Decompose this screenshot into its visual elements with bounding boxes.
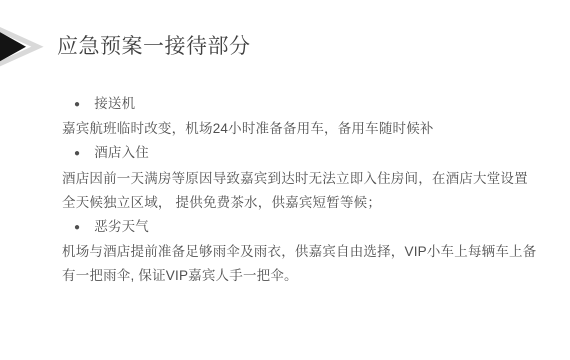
body-line: 全天候独立区域， 提供免费茶水，供嘉宾短暂等候； [62, 191, 552, 215]
body-line: 机场与酒店提前准备足够雨伞及雨衣，供嘉宾自由选择，VIP小车上每辆车上备 [62, 240, 552, 264]
body-line: 酒店因前一天满房等原因导致嘉宾到达时无法立即入住房间，在酒店大堂设置 [62, 167, 552, 191]
bullet-heading-pickup: ● 接送机 [62, 92, 552, 117]
bullet-icon: ● [74, 93, 80, 117]
bullet-icon: ● [74, 142, 80, 166]
slide-body: ● 接送机 嘉宾航班临时改变，机场24小时准备备用车，备用车随时候补 ● 酒店入… [62, 92, 552, 289]
body-line: 有一把雨伞, 保证VIP嘉宾人手一把伞。 [62, 264, 552, 288]
heading-label: 接送机 [94, 96, 135, 111]
bullet-heading-weather: ● 恶劣天气 [62, 215, 552, 240]
slide-canvas: 应急预案一接待部分 ● 接送机 嘉宾航班临时改变，机场24小时准备备用车，备用车… [0, 0, 570, 360]
body-line: 嘉宾航班临时改变，机场24小时准备备用车，备用车随时候补 [62, 117, 552, 141]
title-arrow-icon [0, 26, 50, 68]
slide-title: 应急预案一接待部分 [57, 35, 251, 59]
bullet-heading-hotel: ● 酒店入住 [62, 141, 552, 166]
bullet-icon: ● [74, 216, 80, 240]
heading-label: 酒店入住 [94, 145, 149, 160]
heading-label: 恶劣天气 [94, 219, 149, 234]
